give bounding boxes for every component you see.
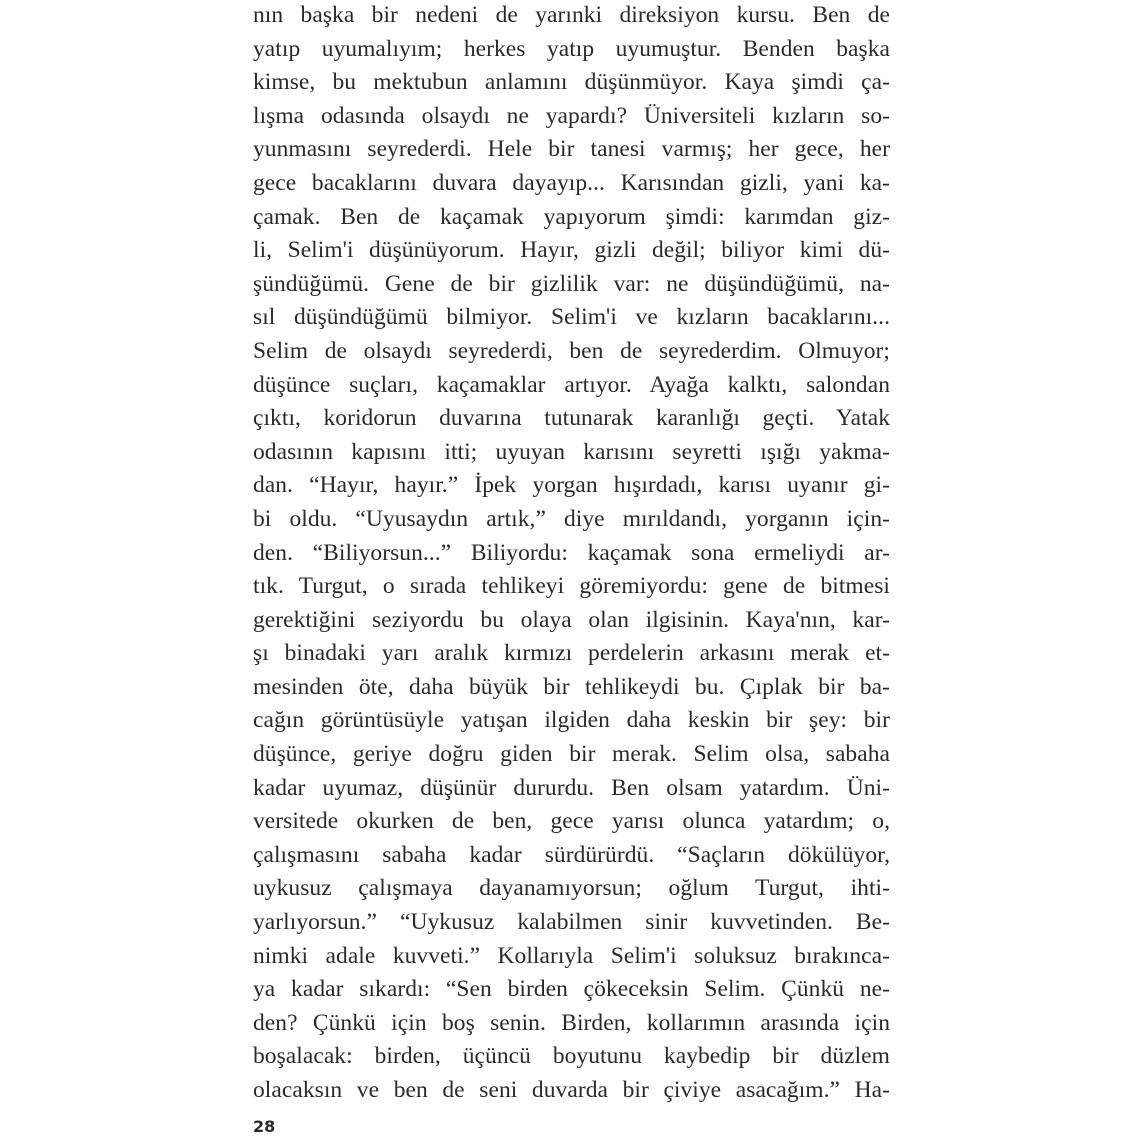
text-line: versitede okurken de ben, gece yarısı ol…	[253, 805, 890, 839]
book-page: nın başka bir nedeni de yarınki direksiy…	[0, 0, 1140, 1140]
text-line: çıktı, koridorun duvarına tutunarak kara…	[253, 402, 890, 436]
text-line: şı binadaki yarı aralık kırmızı perdeler…	[253, 637, 890, 671]
text-line: odasının kapısını itti; uyuyan karısını …	[253, 436, 890, 470]
text-line: bi oldu. “Uyusaydın artık,” diye mırılda…	[253, 503, 890, 537]
text-line: mesinden öte, daha büyük bir tehlikeydi …	[253, 671, 890, 705]
text-line: çalışmasını sabaha kadar sürdürürdü. “Sa…	[253, 839, 890, 873]
text-line: kimse, bu mektubun anlamını düşünmüyor. …	[253, 66, 890, 100]
text-line: tık. Turgut, o sırada tehlikeyi göremiyo…	[253, 570, 890, 604]
text-line: uykusuz çalışmaya dayanamıyorsun; oğlum …	[253, 872, 890, 906]
text-line: cağın görüntüsüyle yatışan ilgiden daha …	[253, 704, 890, 738]
text-line: Selim de olsaydı seyrederdi, ben de seyr…	[253, 335, 890, 369]
text-line: lışma odasında olsaydı ne yapardı? Ünive…	[253, 100, 890, 134]
text-line: nimki adale kuvveti.” Kollarıyla Selim'i…	[253, 940, 890, 974]
text-line: ya kadar sıkardı: “Sen birden çökeceksin…	[253, 973, 890, 1007]
text-line: gece bacaklarını duvara dayayıp... Karıs…	[253, 167, 890, 201]
text-line: li, Selim'i düşünüyorum. Hayır, gizli de…	[253, 234, 890, 268]
text-line: gerektiğini seziyordu bu olaya olan ilgi…	[253, 604, 890, 638]
text-line: çamak. Ben de kaçamak yapıyorum şimdi: k…	[253, 201, 890, 235]
text-line: düşünce suçları, kaçamaklar artıyor. Aya…	[253, 369, 890, 403]
text-line: kadar uyumaz, düşünür dururdu. Ben olsam…	[253, 772, 890, 806]
text-line: boşalacak: birden, üçüncü boyutunu kaybe…	[253, 1040, 890, 1074]
text-line: nın başka bir nedeni de yarınki direksiy…	[253, 0, 890, 33]
body-text: nın başka bir nedeni de yarınki direksiy…	[253, 0, 890, 1108]
text-line: dan. “Hayır, hayır.” İpek yorgan hışırda…	[253, 469, 890, 503]
text-line: yunmasını seyrederdi. Hele bir tanesi va…	[253, 133, 890, 167]
text-line: den? Çünkü için boş senin. Birden, kolla…	[253, 1007, 890, 1041]
text-line: sıl düşündüğümü bilmiyor. Selim'i ve kız…	[253, 301, 890, 335]
text-line: olacaksın ve ben de seni duvarda bir çiv…	[253, 1074, 890, 1108]
text-line: düşünce, geriye doğru giden bir merak. S…	[253, 738, 890, 772]
text-line: yatıp uyumalıyım; herkes yatıp uyumuştur…	[253, 33, 890, 67]
text-line: yarlıyorsun.” “Uykusuz kalabilmen sinir …	[253, 906, 890, 940]
text-line: şündüğümü. Gene de bir gizlilik var: ne …	[253, 268, 890, 302]
text-line: den. “Biliyorsun...” Biliyordu: kaçamak …	[253, 537, 890, 571]
page-number: 28	[253, 1117, 275, 1137]
